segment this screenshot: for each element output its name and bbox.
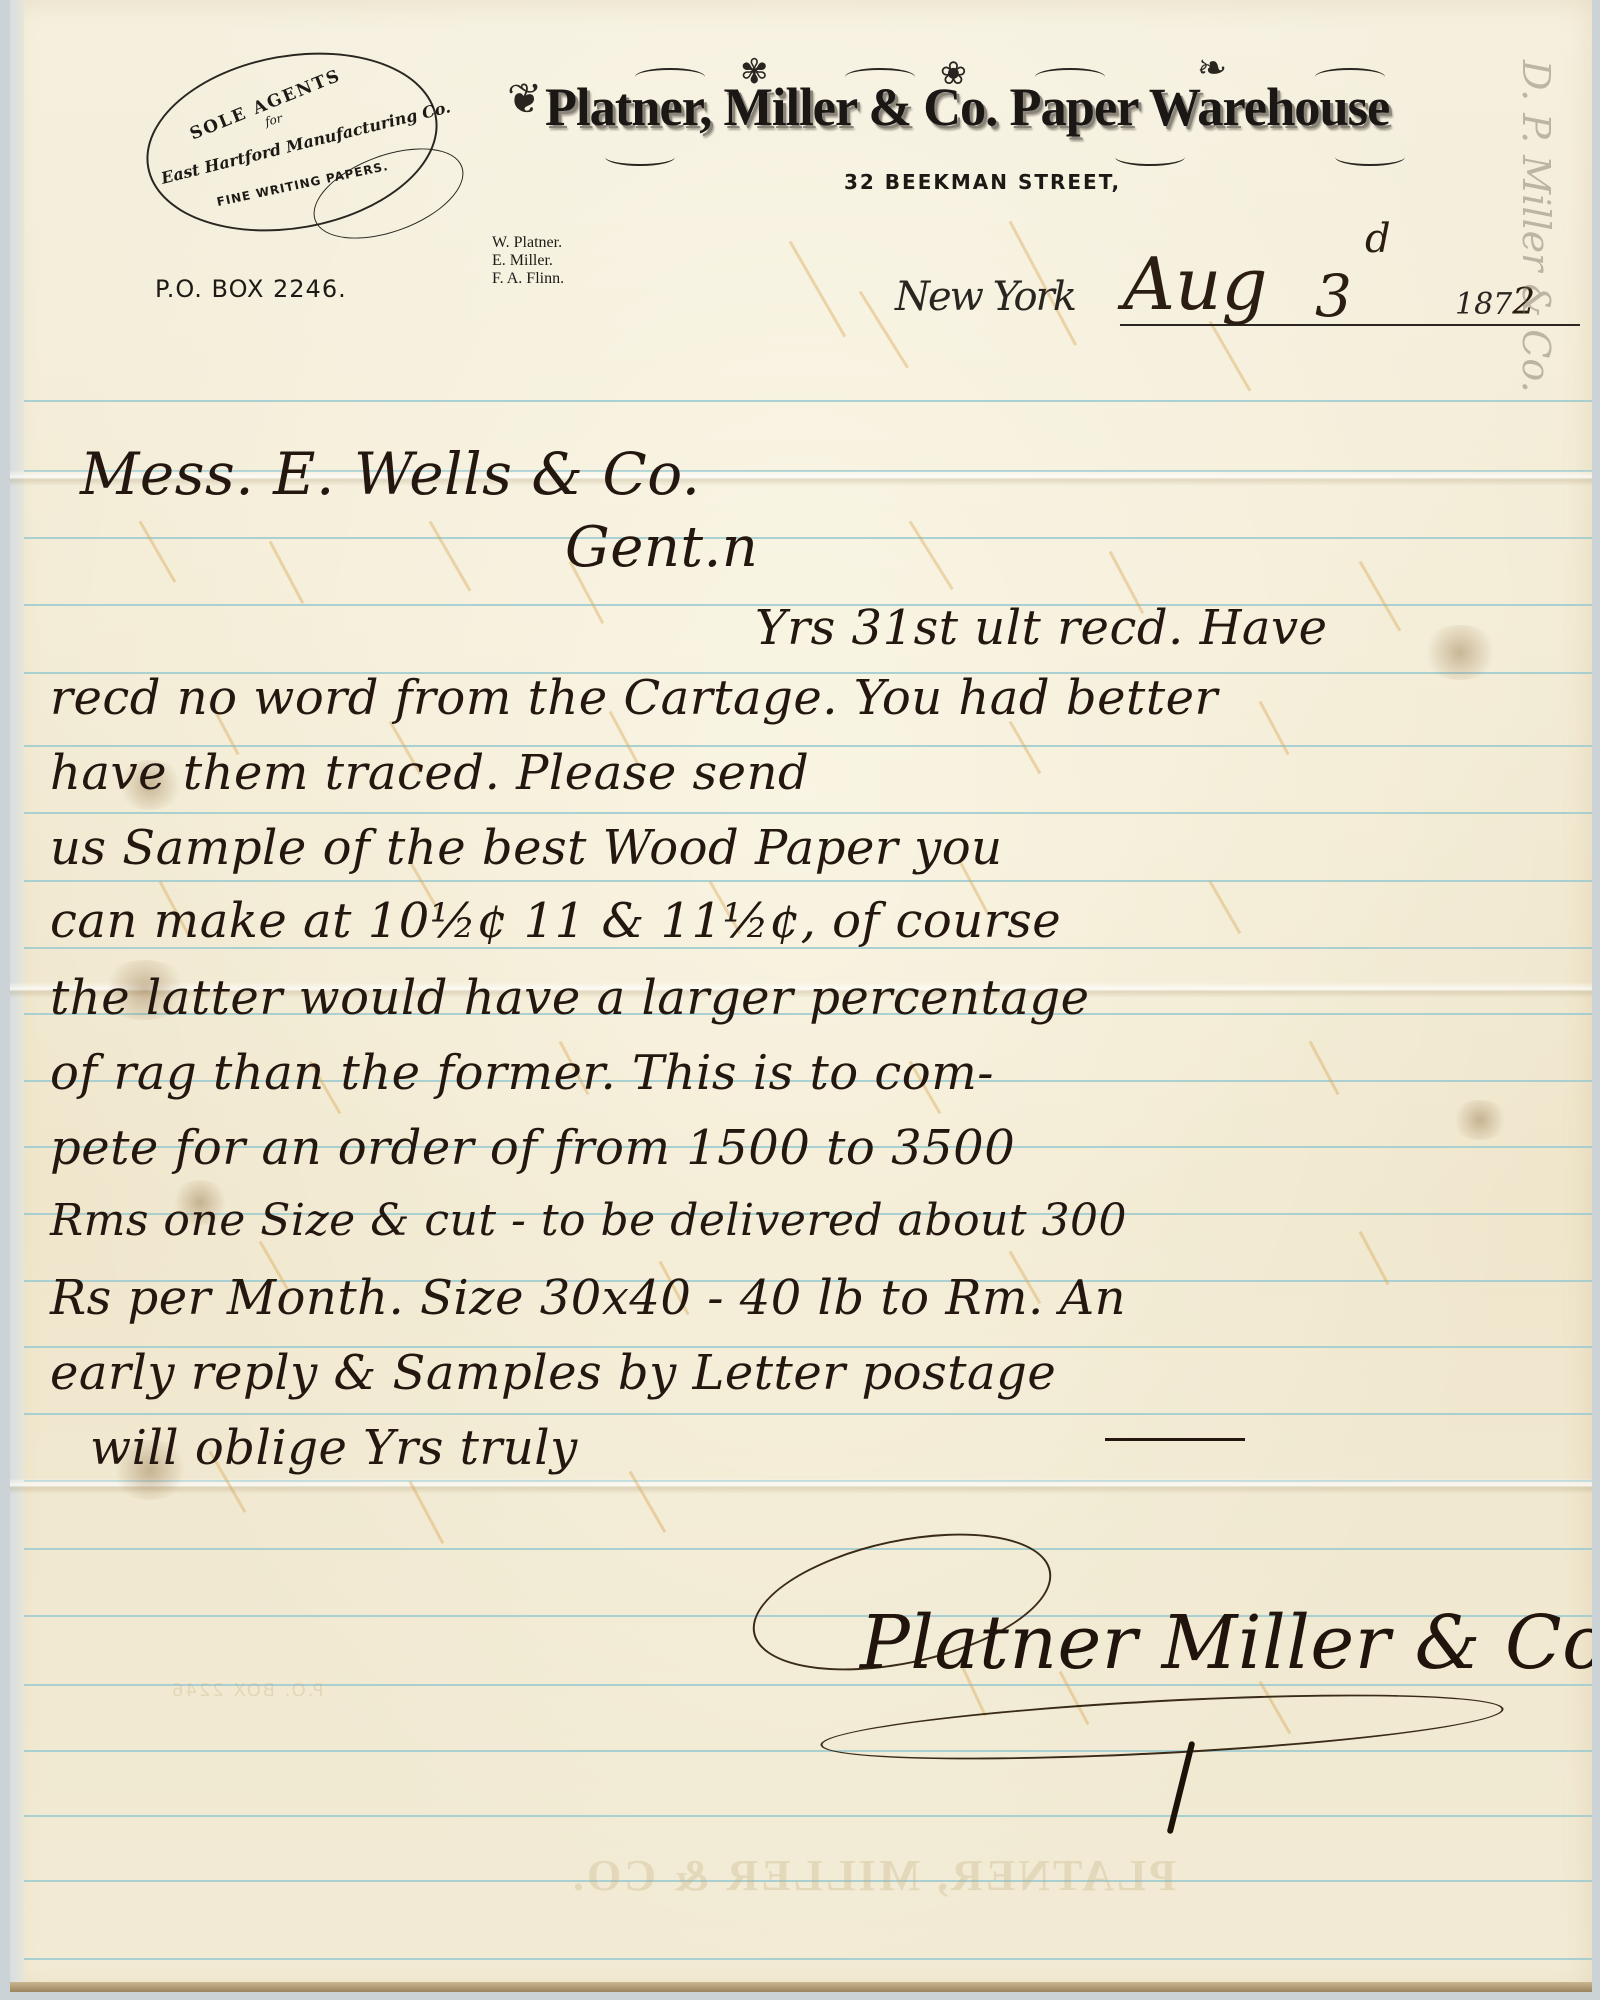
ink-stain	[1450, 1100, 1510, 1140]
ink-bleed-stroke	[789, 241, 847, 338]
ink-bleed-stroke	[429, 521, 472, 592]
po-box: P.O. BOX 2246.	[155, 275, 347, 303]
ruled-line	[24, 880, 1592, 882]
date-day: 3	[1315, 262, 1352, 330]
letter-body-line: have them traced. Please send	[50, 745, 809, 801]
ink-bleed-stroke	[139, 521, 177, 583]
paper-bottom-edge	[10, 1982, 1592, 1992]
dateline: New York Aug 3 d 1872	[895, 262, 1585, 332]
signature: Platner Miller & Co.	[860, 1600, 1592, 1686]
letter-body-line: Yrs 31st ult recd. Have	[755, 600, 1328, 656]
flourish	[605, 148, 675, 166]
letter-body-line: us Sample of the best Wood Paper you	[50, 820, 1003, 876]
dateline-city: New York	[895, 274, 1075, 320]
flourish	[1335, 148, 1405, 166]
ink-bleed-stroke	[1359, 561, 1402, 632]
ruled-line	[24, 1750, 1592, 1752]
ink-bleed-stroke	[1009, 721, 1042, 774]
ruled-line	[24, 1958, 1592, 1960]
addressee: Mess. E. Wells & Co.	[80, 440, 701, 508]
floral-ornament-icon: ❦	[507, 74, 542, 123]
letter-body-line: of rag than the former. This is to com-	[50, 1045, 994, 1101]
margin-docket-note: D. P. Miller & Co.	[1514, 60, 1558, 393]
letter-body-line: recd no word from the Cartage. You had b…	[50, 670, 1218, 726]
salutation: Gent.n	[565, 515, 758, 580]
masthead: ❦ ✾ ❀ ❧ Platner, Miller & Co. Paper Ware…	[515, 70, 1470, 155]
partner-name: W. Platner.	[492, 234, 564, 252]
ink-stain	[1420, 625, 1500, 680]
show-through-text: P.O. BOX 2246	[170, 1680, 324, 1701]
ink-bleed-stroke	[1309, 1041, 1340, 1095]
partner-name: E. Miller.	[492, 252, 564, 270]
ink-bleed-stroke	[1259, 701, 1290, 755]
show-through-text: PLATNER, MILLER & CO.	[570, 1850, 1176, 1901]
letter-body-line: Rms one Size & cut - to be delivered abo…	[50, 1195, 1127, 1246]
ink-bleed-stroke	[269, 541, 305, 604]
ruled-line	[24, 400, 1592, 402]
date-month: Aug	[1123, 242, 1267, 326]
ink-bleed-stroke	[1359, 1231, 1390, 1285]
date-year-printed: 187	[1455, 287, 1512, 322]
paper-fold	[10, 1478, 1592, 1494]
closing-line: will oblige Yrs truly	[90, 1420, 578, 1476]
letter-body-line: the latter would have a larger percentag…	[50, 970, 1090, 1026]
letter-sheet: SOLE AGENTS for East Hartford Manufactur…	[10, 0, 1592, 1992]
ruled-line	[24, 537, 1592, 539]
signature-descender	[1167, 1741, 1196, 1835]
ink-bleed-stroke	[1209, 881, 1242, 934]
sole-agents-seal: SOLE AGENTS for East Hartford Manufactur…	[145, 55, 435, 235]
street-address: 32 BEEKMAN STREET,	[844, 170, 1121, 194]
flourish	[1115, 148, 1185, 166]
signature-flourish	[819, 1682, 1505, 1772]
date-day-suffix: d	[1365, 216, 1391, 262]
letter-body-line: pete for an order of from 1500 to 3500	[50, 1120, 1015, 1176]
ruled-line	[24, 1548, 1592, 1550]
ruled-line	[24, 812, 1592, 814]
letter-body-line: Rs per Month. Size 30x40 - 40 lb to Rm. …	[50, 1270, 1126, 1326]
company-name: Platner, Miller & Co. Paper Warehouse	[545, 76, 1389, 138]
partners-list: W. Platner. E. Miller. F. A. Flinn.	[492, 234, 564, 288]
ink-bleed-stroke	[909, 521, 954, 590]
ruled-line	[24, 1815, 1592, 1817]
letter-body-line: can make at 10½¢ 11 & 11½¢, of course	[50, 893, 1061, 949]
word-underline	[1105, 1438, 1245, 1441]
ruled-line	[24, 1413, 1592, 1415]
partner-name: F. A. Flinn.	[492, 270, 564, 288]
letter-body-line: early reply & Samples by Letter postage	[50, 1345, 1056, 1401]
